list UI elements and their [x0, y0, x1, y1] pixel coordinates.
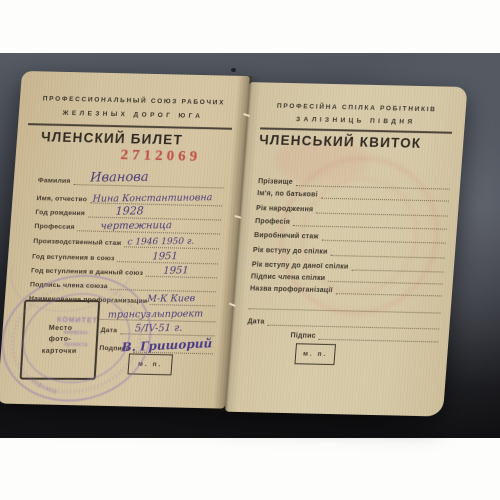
- date-label: Дата: [247, 318, 265, 325]
- dust-speck: [231, 68, 236, 72]
- union-name-line1: ПРОФЕССИОНАЛЬНЫЙ СОЮЗ РАБОЧИХ: [20, 95, 248, 107]
- field-value: чертежница: [100, 220, 172, 232]
- page-title: ЧЛЕНСКИЙ БИЛЕТ: [41, 129, 184, 147]
- ticket-number: 2712069: [95, 147, 226, 167]
- field-row: Производственный стаж с 1946 1950 г.: [33, 232, 220, 249]
- field-value: Иванова: [90, 170, 149, 186]
- seal-place-box: м. п.: [294, 343, 336, 365]
- dotted-line: [318, 337, 438, 343]
- field-value: 1951: [152, 251, 178, 262]
- union-name-line2: ЗАЛІЗНИЦЬ ПІВДНЯ: [247, 115, 465, 127]
- svg-text:профсоюза ·: профсоюза ·: [27, 376, 62, 397]
- field-label: Год рождения: [35, 209, 85, 217]
- field-label: Назва профорганізації: [250, 285, 333, 294]
- field-label: Фамилия: [38, 177, 71, 185]
- right-page: ПРОФЕСІЙНА СПІЛКА РОБІТНИКІВ ЗАЛІЗНИЦЬ П…: [225, 82, 468, 416]
- photo-of-membership-booklet: ПРОФЕССИОНАЛЬНЫЙ СОЮЗ РАБОЧИХ ЖЕЛЕЗНЫХ Д…: [0, 0, 500, 500]
- field-label: Виробничий стаж: [254, 232, 319, 240]
- field-row: [249, 296, 442, 313]
- white-band-top: [0, 0, 500, 53]
- field-label: Профессия: [34, 223, 75, 231]
- stamp-text: киевско-: [64, 329, 90, 337]
- left-page: ПРОФЕССИОНАЛЬНЫЙ СОЮЗ РАБОЧИХ ЖЕЛЕЗНЫХ Д…: [0, 71, 250, 409]
- signature-label: Підпис: [290, 332, 316, 340]
- field-label: Професія: [255, 218, 290, 226]
- field-value: Нина Константиновна: [92, 192, 212, 204]
- signature-row: Підпис: [290, 326, 439, 342]
- union-name-line2: ЖЕЛЕЗНЫХ ДОРОГ ЮГА: [19, 109, 247, 121]
- stamp-text: КОМИТЕТ: [57, 317, 98, 325]
- field-label: Имя, отчество: [36, 195, 87, 203]
- field-value: 1928: [115, 204, 144, 217]
- field-row: Фамилия Иванова: [38, 171, 225, 188]
- round-ink-stamp: КОМИТЕТ киевско- проекта профсоюза ·: [0, 265, 171, 409]
- field-label: Производственный стаж: [33, 238, 122, 247]
- header-divider: [28, 123, 232, 130]
- union-name-line1: ПРОФЕСІЙНА СПІЛКА РОБІТНИКІВ: [248, 102, 466, 114]
- stamp-text: проекта: [63, 341, 88, 349]
- field-value: с 1946 1950 г.: [127, 237, 194, 248]
- white-band-bottom: [0, 438, 500, 500]
- open-booklet: ПРОФЕССИОНАЛЬНЫЙ СОЮЗ РАБОЧИХ ЖЕЛЕЗНЫХ Д…: [0, 71, 468, 419]
- field-label: Ім'я, по батькові: [257, 190, 318, 198]
- stamp-ring-text: профсоюза ·: [27, 376, 62, 397]
